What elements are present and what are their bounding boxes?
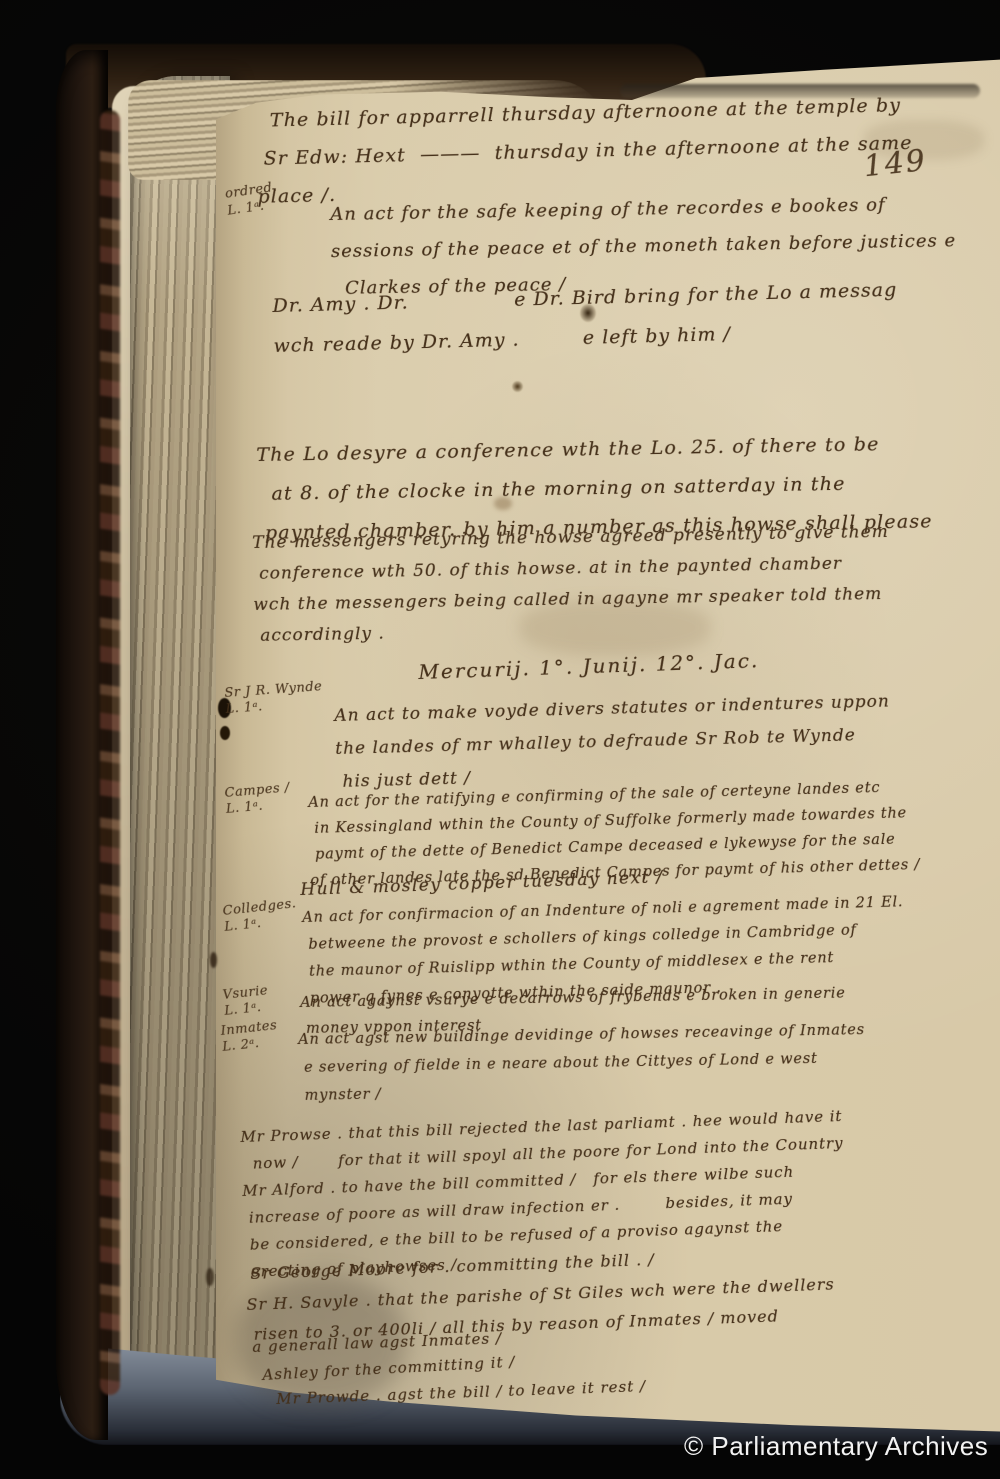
margin-note-records: ordred.L. 1ᵃ. [224, 179, 280, 220]
margin-note-usury: VsurieL. 1ᵃ. [222, 983, 271, 1020]
page-stack-fore-edge [130, 76, 230, 1406]
archive-credit-watermark: © Parliamentary Archives [684, 1431, 988, 1462]
margin-note-wynde: Sr J R. WyndeL. 1ᵃ. [224, 679, 324, 718]
manuscript-photo: 149 The bill for apparrell thursday afte… [0, 0, 1000, 1479]
entry-message-doctors: Dr. Amy . Dr. e Dr. Bird bring for the L… [272, 270, 899, 366]
entry-inmates-act: An act agst new buildinge devidinge of h… [298, 1016, 866, 1110]
book-spine-marbling [100, 110, 120, 1395]
entry-conference-answer: The messengers retyring the howse agreed… [252, 517, 891, 652]
margin-note-campe: Campes /L. 1ᵃ. [224, 780, 292, 818]
margin-note-inmates: InmatesL. 2ᵃ. [220, 1018, 280, 1056]
